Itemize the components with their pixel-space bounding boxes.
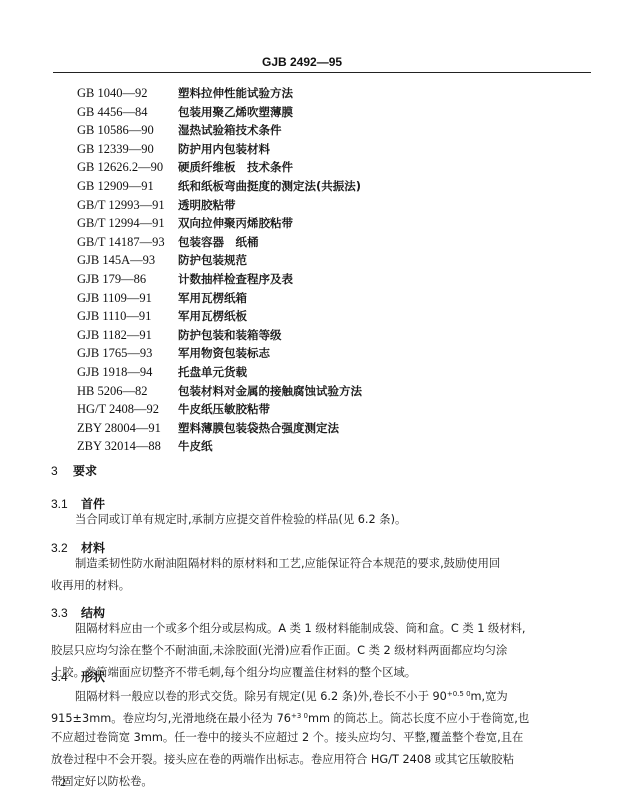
doc-id: GJB 2492—95 bbox=[262, 55, 342, 69]
para-line: 当合同或订单有规定时,承制方应提交首件检验的样品(见 6.2 条)。 bbox=[51, 509, 586, 531]
reference-item: ZBY 32014—88牛皮纸 bbox=[77, 437, 362, 456]
reference-title: 军用瓦楞纸箱 bbox=[178, 289, 247, 308]
reference-item: GJB 145A—93防护包装规范 bbox=[77, 251, 362, 270]
reference-title: 军用瓦楞纸板 bbox=[178, 307, 247, 326]
reference-item: GB/T 12994—91双向拉伸聚丙烯胶粘带 bbox=[77, 214, 362, 233]
text: mm 的筒芯上。筒芯长度不应小于卷筒宽,也 bbox=[308, 712, 529, 725]
reference-title: 包装用聚乙烯吹塑薄膜 bbox=[178, 103, 293, 122]
reference-title: 托盘单元货载 bbox=[178, 363, 247, 382]
reference-title: 纸和纸板弯曲挺度的测定法(共振法) bbox=[178, 177, 361, 196]
reference-code: GB/T 12993—91 bbox=[77, 196, 178, 215]
reference-code: GJB 1109—91 bbox=[77, 289, 178, 308]
reference-item: HG/T 2408—92牛皮纸压敏胶粘带 bbox=[77, 400, 362, 419]
para-line: 阻隔材料应由一个或多个组分或层构成。A 类 1 级材料能制成袋、筒和盒。C 类 … bbox=[51, 618, 586, 640]
reference-item: GJB 1918—94托盘单元货载 bbox=[77, 363, 362, 382]
section-number: 3.4 bbox=[51, 670, 81, 684]
reference-code: GB 1040—92 bbox=[77, 84, 178, 103]
reference-item: ZBY 28004—91塑料薄膜包装袋热合强度测定法 bbox=[77, 419, 362, 438]
reference-item: GJB 1182—91防护包装和装箱等级 bbox=[77, 326, 362, 345]
reference-code: GJB 1918—94 bbox=[77, 363, 178, 382]
reference-code: ZBY 32014—88 bbox=[77, 437, 178, 456]
para-line: 胶层只应均匀涂在整个不耐油面,未涂胶面(光滑)应看作正面。C 类 2 级材料两面… bbox=[51, 640, 586, 662]
reference-code: GJB 1765—93 bbox=[77, 344, 178, 363]
reference-code: ZBY 28004—91 bbox=[77, 419, 178, 438]
reference-item: HB 5206—82包装材料对金属的接触腐蚀试验方法 bbox=[77, 382, 362, 401]
reference-item: GB 12909—91纸和纸板弯曲挺度的测定法(共振法) bbox=[77, 177, 362, 196]
reference-code: GB 12339—90 bbox=[77, 140, 178, 159]
para-line: 阻隔材料一般应以卷的形式交货。除另有规定(见 6.2 条)外,卷长不小于 90+… bbox=[51, 683, 586, 705]
reference-title: 防护用内包装材料 bbox=[178, 140, 270, 159]
para-line: 上胶。卷筒端面应切整齐不带毛刺,每个组分均应覆盖住材料的整个区域。 bbox=[51, 662, 586, 684]
reference-code: GJB 145A—93 bbox=[77, 251, 178, 270]
reference-title: 湿热试验箱技术条件 bbox=[178, 121, 282, 140]
reference-code: GJB 1182—91 bbox=[77, 326, 178, 345]
text: m,宽为 bbox=[471, 690, 508, 703]
reference-item: GJB 1110—91军用瓦楞纸板 bbox=[77, 307, 362, 326]
reference-item: GB 12626.2—90硬质纤维板 技术条件 bbox=[77, 158, 362, 177]
para-line: 915±3mm。卷应均匀,光滑地绕在最小径为 76+3 0mm 的筒芯上。筒芯长… bbox=[51, 705, 586, 727]
para-line: 带固定好以防松卷。 bbox=[51, 771, 586, 793]
reference-item: GB 1040—92塑料拉伸性能试验方法 bbox=[77, 84, 362, 103]
reference-item: GJB 1109—91军用瓦楞纸箱 bbox=[77, 289, 362, 308]
reference-code: GB/T 12994—91 bbox=[77, 214, 178, 233]
reference-code: HB 5206—82 bbox=[77, 382, 178, 401]
reference-code: GJB 1110—91 bbox=[77, 307, 178, 326]
reference-title: 包装材料对金属的接触腐蚀试验方法 bbox=[178, 382, 362, 401]
reference-code: GB 4456—84 bbox=[77, 103, 178, 122]
reference-title: 塑料薄膜包装袋热合强度测定法 bbox=[178, 419, 339, 438]
section-title: 形状 bbox=[81, 670, 105, 684]
reference-code: GJB 179—86 bbox=[77, 270, 178, 289]
page-number: 2 bbox=[60, 775, 66, 790]
text: 阻隔材料一般应以卷的形式交货。除另有规定(见 6.2 条)外,卷长不小于 90 bbox=[75, 690, 447, 703]
para-line: 制造柔韧性防水耐油阻隔材料的原材料和工艺,应能保证符合本规范的要求,鼓励使用回 bbox=[51, 553, 586, 575]
section-title: 要求 bbox=[73, 464, 97, 478]
reference-code: HG/T 2408—92 bbox=[77, 400, 178, 419]
section-3-3-body: 阻隔材料应由一个或多个组分或层构成。A 类 1 级材料能制成袋、筒和盒。C 类 … bbox=[51, 618, 586, 684]
para-line: 不应超过卷筒宽 3mm。任一卷中的接头不应超过 2 个。接头应均匀、平整,覆盖整… bbox=[51, 727, 586, 749]
reference-title: 牛皮纸 bbox=[178, 437, 213, 456]
reference-code: GB 12909—91 bbox=[77, 177, 178, 196]
reference-title: 防护包装和装箱等级 bbox=[178, 326, 282, 345]
reference-item: GJB 1765—93军用物资包装标志 bbox=[77, 344, 362, 363]
reference-title: 计数抽样检查程序及表 bbox=[178, 270, 293, 289]
reference-item: GB 4456—84包装用聚乙烯吹塑薄膜 bbox=[77, 103, 362, 122]
text: 915±3mm。卷应均匀,光滑地绕在最小径为 76 bbox=[51, 712, 291, 725]
para-line: 收再用的材料。 bbox=[51, 575, 586, 597]
tolerance: +0.5 0 bbox=[447, 690, 471, 698]
reference-code: GB/T 14187—93 bbox=[77, 233, 178, 252]
reference-title: 塑料拉伸性能试验方法 bbox=[178, 84, 293, 103]
reference-item: GJB 179—86计数抽样检查程序及表 bbox=[77, 270, 362, 289]
section-number: 3 bbox=[51, 464, 73, 478]
reference-title: 防护包装规范 bbox=[178, 251, 247, 270]
section-3-2-body: 制造柔韧性防水耐油阻隔材料的原材料和工艺,应能保证符合本规范的要求,鼓励使用回 … bbox=[51, 553, 586, 597]
reference-item: GB 10586—90湿热试验箱技术条件 bbox=[77, 121, 362, 140]
section-3-4-body: 阻隔材料一般应以卷的形式交货。除另有规定(见 6.2 条)外,卷长不小于 90+… bbox=[51, 683, 586, 793]
section-3-1-body: 当合同或订单有规定时,承制方应提交首件检验的样品(见 6.2 条)。 bbox=[51, 509, 586, 531]
para-line: 放卷过程中不会开裂。接头应在卷的两端作出标志。卷应用符合 HG/T 2408 或… bbox=[51, 749, 586, 771]
reference-code: GB 10586—90 bbox=[77, 121, 178, 140]
reference-title: 牛皮纸压敏胶粘带 bbox=[178, 400, 270, 419]
reference-title: 双向拉伸聚丙烯胶粘带 bbox=[178, 214, 293, 233]
reference-item: GB 12339—90防护用内包装材料 bbox=[77, 140, 362, 159]
reference-title: 硬质纤维板 技术条件 bbox=[178, 158, 293, 177]
reference-title: 包装容器 纸桶 bbox=[178, 233, 259, 252]
reference-code: GB 12626.2—90 bbox=[77, 158, 178, 177]
header-rule bbox=[53, 72, 591, 73]
section-3-heading: 3要求 bbox=[51, 462, 97, 479]
reference-title: 透明胶粘带 bbox=[178, 196, 236, 215]
reference-item: GB/T 12993—91透明胶粘带 bbox=[77, 196, 362, 215]
tolerance: +3 0 bbox=[291, 712, 308, 720]
reference-list: GB 1040—92塑料拉伸性能试验方法GB 4456—84包装用聚乙烯吹塑薄膜… bbox=[77, 84, 362, 456]
reference-title: 军用物资包装标志 bbox=[178, 344, 270, 363]
reference-item: GB/T 14187—93包装容器 纸桶 bbox=[77, 233, 362, 252]
